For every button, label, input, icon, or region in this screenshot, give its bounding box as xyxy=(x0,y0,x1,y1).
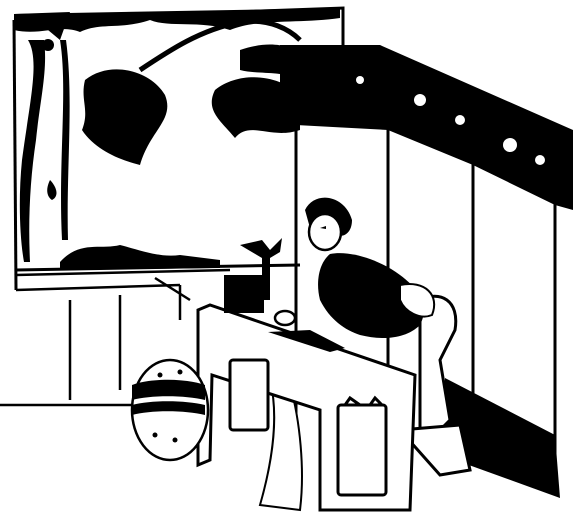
illustration xyxy=(0,0,573,522)
ink-box xyxy=(224,275,264,313)
barrel-stool xyxy=(132,360,208,460)
teacup xyxy=(275,311,295,325)
